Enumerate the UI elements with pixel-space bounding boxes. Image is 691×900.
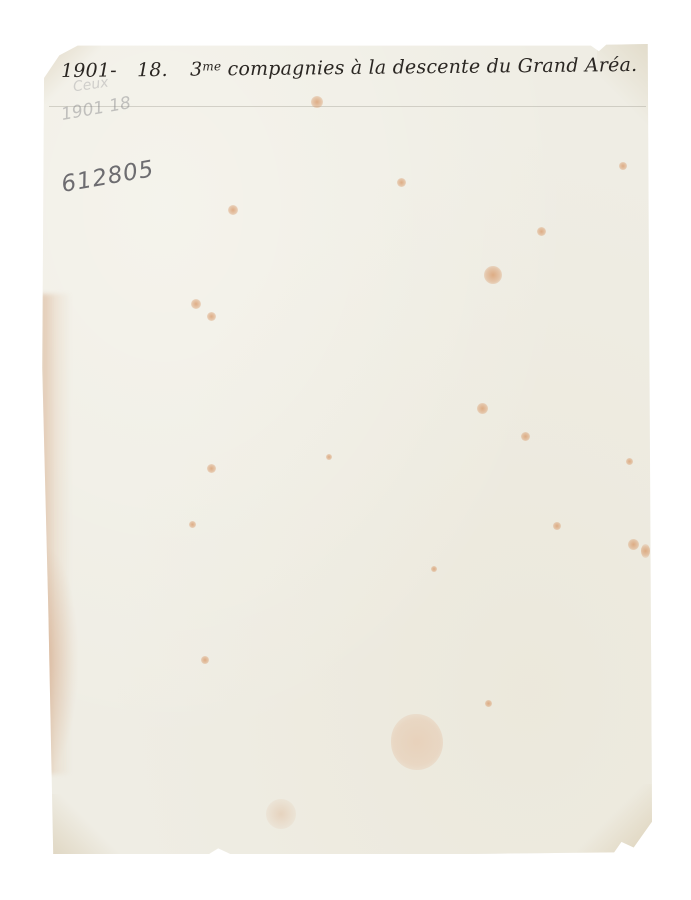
- foxing-spot: [431, 566, 437, 572]
- bottom-stain: [266, 799, 296, 829]
- corner-fold-bottom-right: [577, 784, 652, 854]
- foxing-spot: [397, 178, 406, 187]
- foxing-spot: [537, 227, 546, 236]
- foxing-spot: [477, 403, 488, 414]
- foxing-spot: [191, 299, 201, 309]
- caption-ordinal-suffix: me: [202, 59, 221, 73]
- foxing-spot: [641, 544, 650, 558]
- foxing-spot: [326, 454, 332, 460]
- caption-ordinal: 3me: [190, 58, 221, 80]
- ruled-line: [49, 106, 646, 107]
- foxing-spot: [201, 656, 209, 664]
- foxing-spot: [484, 266, 502, 284]
- foxing-spot: [619, 162, 627, 170]
- foxing-spot: [553, 522, 561, 530]
- foxing-spot: [228, 205, 238, 215]
- foxing-spot: [189, 521, 196, 528]
- caption-number: 18.: [137, 59, 168, 81]
- caption-text: compagnies à la descente du Grand Aréa.: [227, 54, 637, 80]
- water-stain: [391, 714, 443, 770]
- foxing-spot: [485, 700, 492, 707]
- foxing-spot: [207, 464, 216, 473]
- faint-pencil-word: Ceux: [72, 75, 109, 96]
- foxing-spot: [628, 539, 639, 550]
- paper-sheet: 1901- 18. 3me compagnies à la descente d…: [41, 44, 652, 854]
- foxing-spot: [311, 96, 323, 108]
- left-edge-discoloration-lower: [41, 544, 79, 774]
- caption-ordinal-prefix: 3: [190, 59, 203, 81]
- foxing-spot: [626, 458, 633, 465]
- foxing-spot: [521, 432, 530, 441]
- handwritten-caption: 1901- 18. 3me compagnies à la descente d…: [61, 54, 638, 82]
- inventory-number: 612805: [59, 156, 156, 198]
- corner-wear-bottom-left: [41, 794, 126, 854]
- foxing-spot: [207, 312, 216, 321]
